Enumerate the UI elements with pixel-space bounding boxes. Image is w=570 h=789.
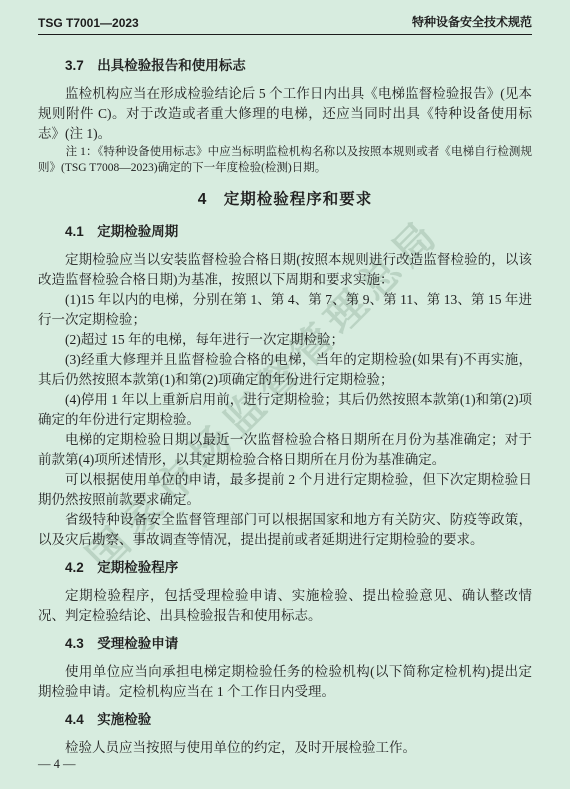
document-page: 国家市场监督管理总局 TSG T7001—2023 特种设备安全技术规范 3.7… (0, 0, 570, 789)
paragraph-3-7-1: 监检机构应当在形成检验结论后 5 个工作日内出具《电梯监督检验报告》(见本规则附… (38, 84, 532, 144)
document-body: 3.7 出具检验报告和使用标志 监检机构应当在形成检验结论后 5 个工作日内出具… (38, 48, 532, 758)
paragraph-4-1-4: 省级特种设备安全监督管理部门可以根据国家和地方有关防灾、防疫等政策，以及灾后勘察… (38, 510, 532, 550)
section-heading-4-4: 4.4 实施检验 (38, 710, 532, 730)
section-heading-4-1: 4.1 定期检验周期 (38, 222, 532, 242)
paragraph-4-1-3: 可以根据使用单位的申请，最多提前 2 个月进行定期检验，但下次定期检验日期仍然按… (38, 470, 532, 510)
page-number: — 4 — (38, 757, 76, 772)
page-header: TSG T7001—2023 特种设备安全技术规范 (38, 13, 532, 35)
list-item-1: (1)15 年以内的电梯，分别在第 1、第 4、第 7、第 9、第 11、第 1… (38, 290, 532, 330)
section-heading-3-7: 3.7 出具检验报告和使用标志 (38, 56, 532, 76)
paragraph-4-1-2: 电梯的定期检验日期以最近一次监督检验合格日期所在月份为基准确定；对于前款第(4)… (38, 430, 532, 470)
header-doc-code: TSG T7001—2023 (38, 16, 139, 30)
paragraph-4-3-1: 使用单位应当向承担电梯定期检验任务的检验机构(以下简称定检机构)提出定期检验申请… (38, 662, 532, 702)
header-doc-title: 特种设备安全技术规范 (412, 13, 532, 30)
paragraph-4-1-1: 定期检验应当以安装监督检验合格日期(按照本规则进行改造监督检验的，以该改造监督检… (38, 250, 532, 290)
list-item-2: (2)超过 15 年的电梯，每年进行一次定期检验； (38, 330, 532, 350)
list-item-3: (3)经重大修理并且监督检验合格的电梯，当年的定期检验(如果有)不再实施，其后仍… (38, 350, 532, 390)
section-heading-4-3: 4.3 受理检验申请 (38, 634, 532, 654)
note-paragraph-1: 注 1：《特种设备使用标志》中应当标明监检机构名称以及按照本规则或者《电梯自行检… (38, 144, 532, 176)
section-heading-4-2: 4.2 定期检验程序 (38, 558, 532, 578)
paragraph-4-2-1: 定期检验程序，包括受理检验申请、实施检验、提出检验意见、确认整改情况、判定检验结… (38, 586, 532, 626)
list-item-4: (4)停用 1 年以上重新启用前，进行定期检验；其后仍然按照本款第(1)和第(2… (38, 390, 532, 430)
chapter-heading-4: 4 定期检验程序和要求 (38, 190, 532, 210)
paragraph-4-4-1: 检验人员应当按照与使用单位的约定，及时开展检验工作。 (38, 738, 532, 758)
